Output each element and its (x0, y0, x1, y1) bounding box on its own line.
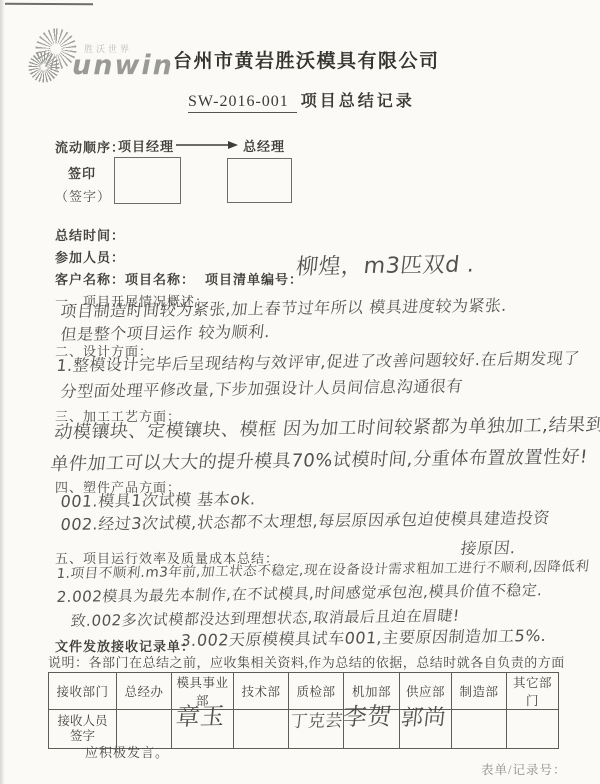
header-quality-department: 质检部 (289, 673, 344, 710)
scan-artifact-left-tick (2, 6, 4, 15)
section2-handwriting-line2: 分型面处理平修改量,下步加强设计人员间信息沟通很有 (59, 373, 464, 402)
flow-order-label: 流动顺序： (55, 137, 125, 156)
document-title: SW-2016-001项目总结记录 (188, 88, 415, 111)
flow-arrow-icon (176, 139, 238, 151)
header-manufacturing-department: 制造部 (452, 673, 507, 710)
sign-label: （签字） (55, 186, 111, 205)
header-receive-department: 接收部门 (49, 673, 117, 710)
signature-cell-technical (234, 710, 289, 749)
signature-box-project-manager (114, 157, 181, 204)
header-technical-department: 技术部 (234, 673, 289, 710)
section1-handwriting-line1: 项目制造时间较为紧张,加上春节过年所以 模具进度较为紧张. (59, 293, 508, 322)
stamp-label: 签印 (68, 163, 96, 182)
customer-project-label: 客户名称：项目名称： (55, 269, 195, 288)
signature-cell-other (507, 710, 559, 749)
distribution-record-handwriting: 3.002天原模模具试车001,主要原因制造加工5%. (179, 623, 547, 651)
participants-label: 参加人员： (55, 247, 125, 266)
logo-wordmark: unwin (72, 50, 174, 81)
header-other-department: 其它部门 (507, 673, 559, 710)
document-number: SW-2016-001 (188, 93, 297, 113)
signature-machining: 李贺 (341, 696, 394, 732)
header-general-manager-office: 总经办 (117, 673, 172, 710)
section4-handwriting-line1: 001.模具1次试模 基本ok. (59, 486, 257, 512)
form-number-label: 表单/记录号： (481, 760, 566, 778)
list-number-handwriting: 柳煌，m3匹双d . (295, 248, 477, 281)
scanned-form-page: 胜沃世界 unwin 台州市黄岩胜沃模具有限公司 SW-2016-001项目总结… (0, 0, 600, 784)
section5-handwriting-line2: 2.002模具为最先本制作,在不试模具,时间感觉承包泡,模具价值不稳定. (56, 579, 544, 607)
note-continued-text: 应积极发言。 (85, 742, 169, 761)
flow-step-general-manager: 总经理 (243, 136, 285, 155)
sunburst-small-icon (27, 50, 61, 84)
signature-cell-manufacturing (452, 710, 507, 749)
signature-quality: 丁克芸 (289, 706, 344, 732)
table-header-row: 接收部门 总经办 模具事业部 技术部 质检部 机加部 供应部 制造部 其它部门 (49, 673, 559, 710)
note-text: 说明：各部门在总结之前，应收集相关资料,作为总结的依据，总结时就各自负责的方面 (48, 652, 565, 671)
signature-supply: 郭尚 (400, 700, 448, 732)
summary-time-label: 总结时间： (55, 225, 125, 244)
flow-step-project-manager: 项目经理 (118, 136, 174, 155)
list-number-label: 项目清单编号： (205, 269, 303, 288)
signature-box-general-manager (227, 158, 292, 203)
scan-artifact-top-line (5, 3, 93, 6)
document-title-text: 项目总结记录 (301, 93, 415, 110)
signature-mould-division: 章玉 (174, 696, 227, 732)
section3-handwriting-line2: 单件加工可以大大的提升模具70%试模时间,分重体布置放置性好! (49, 443, 589, 476)
company-name: 台州市黄岩胜沃模具有限公司 (173, 46, 440, 73)
